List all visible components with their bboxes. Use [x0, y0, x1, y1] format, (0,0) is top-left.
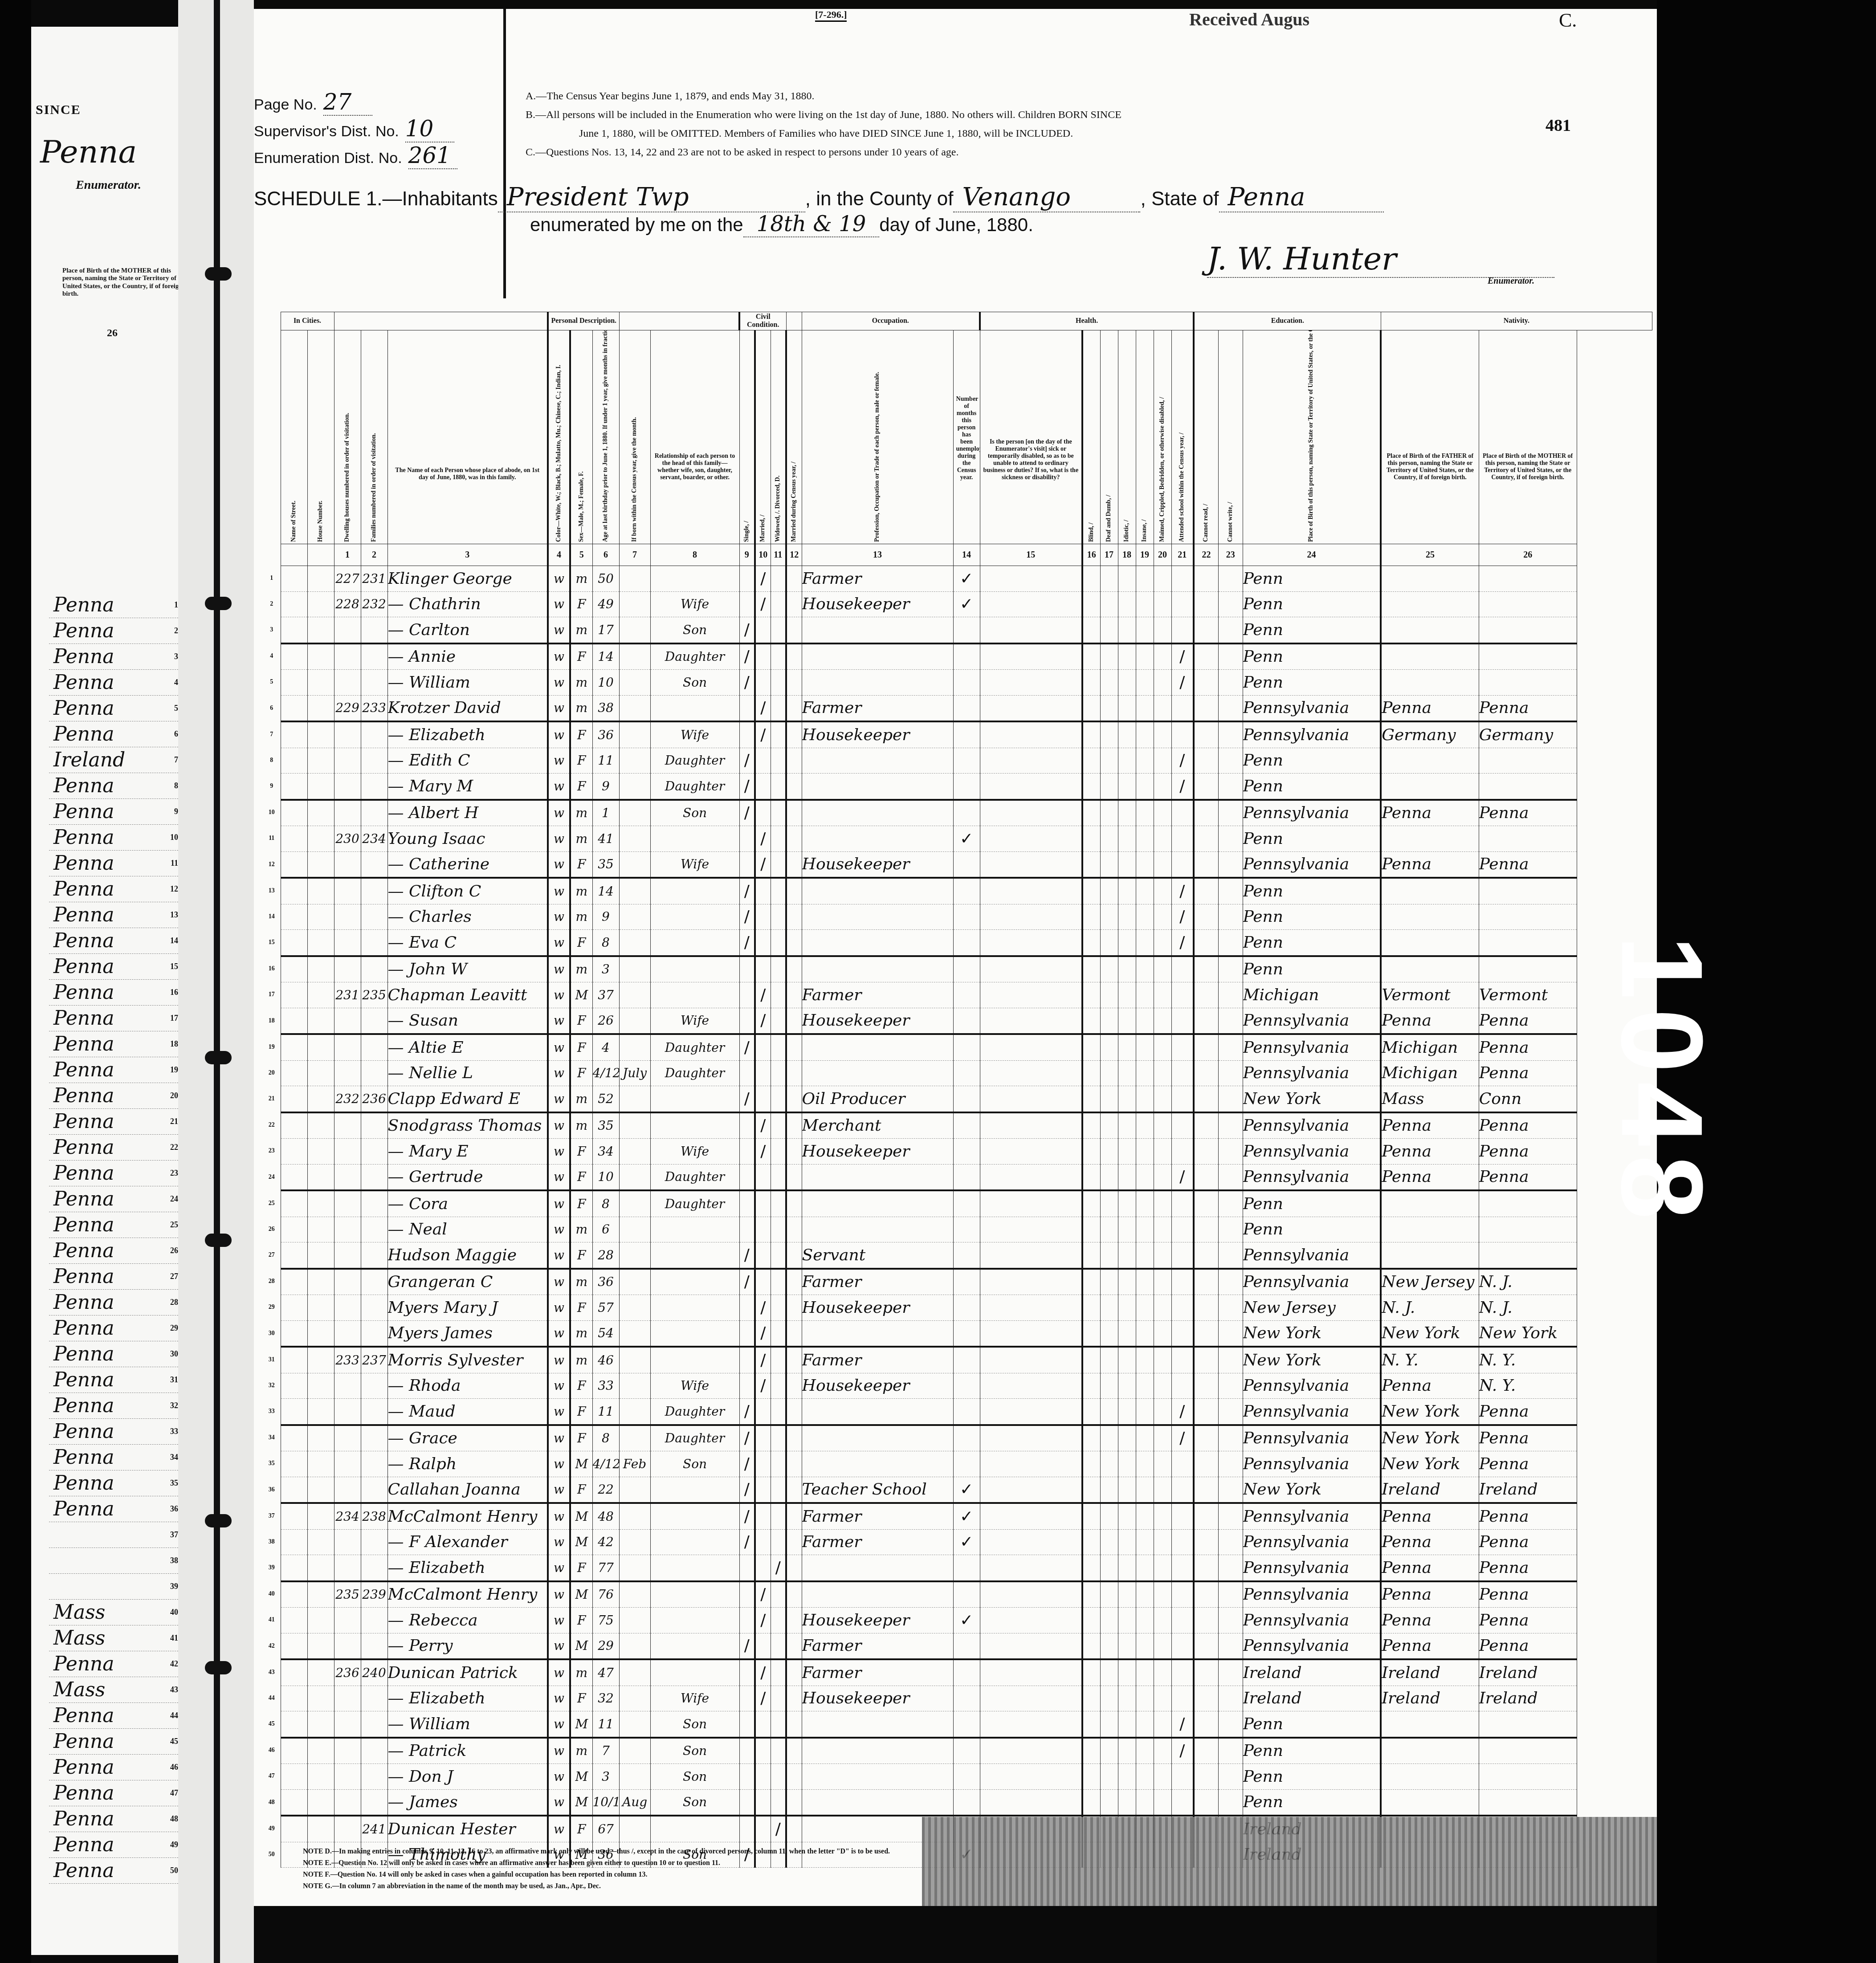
cell-empty: [307, 1503, 334, 1529]
cell-family: [361, 930, 387, 956]
cell-birthplace: Penn: [1243, 643, 1381, 670]
cell-empty: [1118, 695, 1136, 721]
cell-empty: [1082, 1477, 1100, 1503]
cell-father-birth: Ireland: [1381, 1659, 1479, 1686]
cell-month: [619, 1190, 650, 1217]
cell-age: 46: [592, 1347, 619, 1373]
cell-empty: [1136, 1190, 1154, 1217]
prev-mother-birthplace: Penna: [49, 1420, 160, 1443]
cell-empty: [307, 1373, 334, 1399]
cell-cannot-write: [1218, 1008, 1243, 1034]
cell-color: w: [548, 851, 570, 878]
cell-line: 28: [263, 1269, 281, 1295]
cell-empty: [1100, 1164, 1118, 1190]
prev-mother-birthplace: Penna: [49, 1110, 160, 1133]
note-f: NOTE F.—Question No. 14 will only be ask…: [303, 1869, 890, 1881]
cell-single: /: [739, 1503, 755, 1529]
cell-empty: [786, 1503, 802, 1529]
prev-row: Penna34: [49, 1445, 178, 1470]
cell-empty: [307, 956, 334, 982]
cell-empty: [786, 1686, 802, 1711]
prev-row: Penna10: [49, 825, 178, 851]
cell-line: 31: [263, 1347, 281, 1373]
cell-empty: [980, 1320, 1082, 1347]
cell-birthplace: Pennsylvania: [1243, 1008, 1381, 1034]
census-row: 28Grangeran Cwm36/FarmerPennsylvaniaNew …: [263, 1269, 1652, 1295]
cell-empty: [1154, 1320, 1171, 1347]
cell-month: [619, 1320, 650, 1347]
cell-empty: [281, 1764, 307, 1790]
cell-empty: [307, 826, 334, 852]
prev-row: Penna24: [49, 1186, 178, 1212]
cell-father-birth: Germany: [1381, 721, 1479, 748]
column-header-label: Maimed, Crippled, Bedridden, or otherwis…: [1159, 333, 1166, 542]
cell-empty: [1118, 1269, 1136, 1295]
cell-sex: m: [570, 566, 592, 592]
cell-cannot-write: [1218, 1295, 1243, 1321]
cell-line: 8: [263, 748, 281, 774]
column-header-label: Cannot write, /: [1227, 333, 1234, 542]
cell-father-birth: Penna: [1381, 1373, 1479, 1399]
cell-sex: m: [570, 1738, 592, 1764]
cell-cannot-read: [1194, 670, 1218, 696]
census-row: 16— John Wwm3Penn: [263, 956, 1652, 982]
cell-name: — Don J: [387, 1764, 548, 1790]
cell-sex: m: [570, 617, 592, 643]
cell-unemployed: [953, 1320, 980, 1347]
cell-empty: [307, 1738, 334, 1764]
cell-empty: [1154, 1477, 1171, 1503]
cell-family: [361, 1399, 387, 1425]
cell-empty: [786, 1217, 802, 1242]
cell-cannot-write: [1218, 1477, 1243, 1503]
cell-unemployed: [953, 1269, 980, 1295]
cell-empty: [786, 1633, 802, 1659]
cell-empty: [281, 566, 307, 592]
cell-empty: [281, 1295, 307, 1321]
cell-empty: [281, 1242, 307, 1269]
prev-row: Penna5: [49, 696, 178, 721]
cell-empty: [1118, 930, 1136, 956]
cell-color: w: [548, 695, 570, 721]
cell-school: /: [1171, 643, 1194, 670]
cell-occupation: [802, 1451, 953, 1477]
cell-family: [361, 1633, 387, 1659]
column-header-21: Attended school within the Census year, …: [1171, 330, 1194, 544]
cell-single: [739, 695, 755, 721]
cell-empty: [281, 1112, 307, 1139]
cell-dwelling: [334, 1608, 361, 1633]
cell-empty: [980, 721, 1082, 748]
cell-mother-birth: Penna: [1479, 1164, 1577, 1190]
cell-empty: [980, 748, 1082, 774]
cell-family: 232: [361, 591, 387, 617]
prev-mother-birthplace: Penna: [49, 1653, 160, 1675]
cell-family: [361, 1425, 387, 1451]
cell-empty: [1100, 1112, 1118, 1139]
cell-empty: [281, 1164, 307, 1190]
cell-widowed: [771, 670, 786, 696]
cell-widowed: [771, 774, 786, 800]
cell-month: [619, 851, 650, 878]
cell-color: w: [548, 1816, 570, 1842]
cell-line: 49: [263, 1816, 281, 1842]
cell-father-birth: [1381, 904, 1479, 930]
prev-mother-birthplace: Penna: [49, 1446, 160, 1469]
cell-unemployed: ✓: [953, 1477, 980, 1503]
column-number: 21: [1171, 544, 1194, 566]
cell-unemployed: [953, 721, 980, 748]
cell-empty: [786, 774, 802, 800]
cell-single: [739, 1659, 755, 1686]
cell-empty: [1136, 1608, 1154, 1633]
prev-mother-birthplace: Penna: [49, 955, 160, 978]
cell-dwelling: [334, 721, 361, 748]
cell-empty: [786, 643, 802, 670]
prev-row: Penna28: [49, 1290, 178, 1315]
cell-occupation: Housekeeper: [802, 1008, 953, 1034]
cell-mother-birth: [1479, 748, 1577, 774]
cell-cannot-read: [1194, 566, 1218, 592]
cell-empty: [1136, 956, 1154, 982]
cell-month: [619, 1686, 650, 1711]
column-number: 3: [387, 544, 548, 566]
cell-empty: [1082, 1373, 1100, 1399]
cell-sex: F: [570, 1816, 592, 1842]
cell-empty: [281, 1269, 307, 1295]
cell-empty: [1118, 1686, 1136, 1711]
cell-month: [619, 1217, 650, 1242]
prev-line-number: 26: [160, 1246, 178, 1255]
cell-married: /: [755, 851, 771, 878]
cell-family: 239: [361, 1581, 387, 1608]
cell-school: [1171, 1269, 1194, 1295]
cell-empty: [1082, 1738, 1100, 1764]
prev-mother-birthplaces: Penna1Penna2Penna3Penna4Penna5Penna6Irel…: [49, 592, 178, 1884]
cell-father-birth: Penna: [1381, 1008, 1479, 1034]
prev-mother-birthplace: Penna: [49, 671, 160, 694]
column-number: 7: [619, 544, 650, 566]
cell-empty: [786, 1477, 802, 1503]
prev-mother-birthplace: Penna: [49, 723, 160, 745]
cell-empty: [980, 1529, 1082, 1555]
cell-school: [1171, 1295, 1194, 1321]
column-header-label: Married, /: [759, 333, 767, 542]
cell-month: [619, 1373, 650, 1399]
cell-sex: m: [570, 826, 592, 852]
cell-father-birth: New York: [1381, 1399, 1479, 1425]
column-headers: Name of Street.House Number.Dwelling hou…: [263, 330, 1652, 544]
binding-ring-icon: [205, 1514, 232, 1527]
prev-mother-birthplace: Mass: [49, 1601, 160, 1624]
cell-empty: [281, 1503, 307, 1529]
cell-mother-birth: N. J.: [1479, 1295, 1577, 1321]
cell-color: w: [548, 878, 570, 904]
cell-name: — Ralph: [387, 1451, 548, 1477]
instruction-c: C.—Questions Nos. 13, 14, 22 and 23 are …: [526, 143, 1550, 162]
cell-father-birth: Penna: [1381, 1581, 1479, 1608]
prev-line-number: 9: [160, 807, 178, 816]
cell-single: [739, 591, 755, 617]
cell-empty: [1136, 1008, 1154, 1034]
cell-cannot-read: [1194, 1086, 1218, 1112]
cell-birthplace: Pennsylvania: [1243, 1060, 1381, 1086]
cell-relation: [650, 878, 739, 904]
cell-empty: [786, 1242, 802, 1269]
cell-line: 44: [263, 1686, 281, 1711]
cell-cannot-write: [1218, 1633, 1243, 1659]
column-header-x0: Name of Street.: [281, 330, 307, 544]
cell-relation: [650, 1816, 739, 1842]
cell-single: [739, 956, 755, 982]
column-header-7: If born within the Census year, give the…: [619, 330, 650, 544]
cell-color: w: [548, 1112, 570, 1139]
cell-married: [755, 1242, 771, 1269]
cell-line: 14: [263, 904, 281, 930]
prev-row: Penna30: [49, 1341, 178, 1367]
cell-married: [755, 1503, 771, 1529]
prev-row: Penna32: [49, 1393, 178, 1419]
cell-empty: [786, 1555, 802, 1581]
cell-empty: [1100, 1217, 1118, 1242]
cell-age: 36: [592, 721, 619, 748]
cell-empty: [786, 591, 802, 617]
cell-relation: Son: [650, 1451, 739, 1477]
census-row: 36Callahan JoannawF22/Teacher School✓New…: [263, 1477, 1652, 1503]
cell-birthplace: Penn: [1243, 748, 1381, 774]
cell-widowed: [771, 878, 786, 904]
cell-school: [1171, 1503, 1194, 1529]
cell-empty: [281, 1477, 307, 1503]
cell-empty: [980, 800, 1082, 826]
cell-unemployed: [953, 1242, 980, 1269]
cell-age: 42: [592, 1529, 619, 1555]
census-row: 45— WilliamwM11Son/Penn: [263, 1711, 1652, 1738]
prev-line-number: 20: [160, 1091, 178, 1100]
cell-cannot-read: [1194, 956, 1218, 982]
cell-empty: [1154, 670, 1171, 696]
cell-line: 37: [263, 1503, 281, 1529]
cell-married: [755, 748, 771, 774]
cell-family: [361, 1738, 387, 1764]
cell-widowed: [771, 1320, 786, 1347]
cell-dwelling: [334, 1060, 361, 1086]
cell-father-birth: New York: [1381, 1425, 1479, 1451]
cell-empty: [1118, 1347, 1136, 1373]
prev-row: Penna35: [49, 1470, 178, 1496]
census-row: 21232236Clapp Edward Ewm52/Oil ProducerN…: [263, 1086, 1652, 1112]
column-number: 10: [755, 544, 771, 566]
cell-line: 16: [263, 956, 281, 982]
cell-unemployed: [953, 1738, 980, 1764]
cell-empty: [1082, 1633, 1100, 1659]
prev-row: Penna15: [49, 954, 178, 980]
cell-cannot-read: [1194, 1608, 1218, 1633]
cell-mother-birth: [1479, 1789, 1577, 1816]
cell-sex: F: [570, 774, 592, 800]
cell-month: [619, 1581, 650, 1608]
cell-empty: [980, 1425, 1082, 1451]
cell-father-birth: [1381, 878, 1479, 904]
cell-relation: Daughter: [650, 748, 739, 774]
cell-widowed: [771, 617, 786, 643]
cell-birthplace: Pennsylvania: [1243, 1451, 1381, 1477]
cell-empty: [281, 1060, 307, 1086]
cell-empty: [1136, 1425, 1154, 1451]
column-header-label: Single, /: [743, 333, 750, 542]
cell-sex: F: [570, 591, 592, 617]
cell-age: 41: [592, 826, 619, 852]
prev-row: 38: [49, 1548, 178, 1574]
prev-mother-birthplace: Penna: [49, 1756, 160, 1779]
cell-occupation: [802, 1164, 953, 1190]
prev-line-number: 45: [160, 1737, 178, 1746]
cell-single: /: [739, 670, 755, 696]
cell-empty: [1100, 774, 1118, 800]
cell-color: w: [548, 1269, 570, 1295]
cell-empty: [281, 1347, 307, 1373]
cell-empty: [281, 1659, 307, 1686]
cell-married: [755, 1764, 771, 1790]
cell-age: 50: [592, 566, 619, 592]
cell-mother-birth: [1479, 643, 1577, 670]
cell-empty: [786, 1086, 802, 1112]
column-numbers: 1234567891011121314151617181920212223242…: [263, 544, 1652, 566]
cell-name: — Elizabeth: [387, 721, 548, 748]
cell-occupation: Farmer: [802, 566, 953, 592]
cell-widowed: [771, 643, 786, 670]
cell-cannot-write: [1218, 1217, 1243, 1242]
cell-occupation: [802, 1399, 953, 1425]
cell-empty: [1100, 1477, 1118, 1503]
cell-cannot-read: [1194, 1633, 1218, 1659]
cell-empty: [980, 1738, 1082, 1764]
cell-empty: [307, 1581, 334, 1608]
cell-father-birth: Penna: [1381, 1139, 1479, 1165]
prev-row: Penna27: [49, 1264, 178, 1290]
column-header-x1: House Number.: [307, 330, 334, 544]
cell-relation: [650, 956, 739, 982]
page-no-label: Page No.: [254, 96, 317, 114]
cell-single: [739, 1581, 755, 1608]
cell-age: 14: [592, 878, 619, 904]
prev-line-number: 37: [160, 1530, 178, 1539]
cell-empty: [1082, 695, 1100, 721]
cell-empty: [1136, 878, 1154, 904]
cell-family: [361, 1373, 387, 1399]
cell-empty: [786, 1269, 802, 1295]
cell-empty: [307, 1190, 334, 1217]
column-number: 16: [1082, 544, 1100, 566]
cell-mother-birth: [1479, 1217, 1577, 1242]
cell-family: 233: [361, 695, 387, 721]
state-label: , State of: [1140, 188, 1219, 210]
prev-row: Ireland7: [49, 747, 178, 773]
cell-relation: Son: [650, 617, 739, 643]
census-row: 27Hudson MaggiewF28/ServantPennsylvania: [263, 1242, 1652, 1269]
cell-birthplace: Pennsylvania: [1243, 1529, 1381, 1555]
cell-married: /: [755, 591, 771, 617]
column-header-11: Widowed, /. Divorced, D.: [771, 330, 786, 544]
cell-unemployed: [953, 748, 980, 774]
cell-empty: [1154, 1295, 1171, 1321]
cell-line: 32: [263, 1373, 281, 1399]
cell-occupation: [802, 956, 953, 982]
cell-father-birth: [1381, 774, 1479, 800]
cell-widowed: [771, 1086, 786, 1112]
prev-mother-birthplace: Penna: [49, 1214, 160, 1236]
cell-birthplace: Pennsylvania: [1243, 1503, 1381, 1529]
cell-empty: [1154, 930, 1171, 956]
group-nativity: Nativity.: [1381, 312, 1652, 330]
cell-empty: [1154, 826, 1171, 852]
cell-empty: [1082, 851, 1100, 878]
cell-single: [739, 1555, 755, 1581]
cell-empty: [1082, 956, 1100, 982]
census-row: 43236240Dunican Patrickwm47/FarmerIrelan…: [263, 1659, 1652, 1686]
prev-mother-birthplace: Penna: [49, 1730, 160, 1753]
cell-empty: [980, 878, 1082, 904]
column-header-label: Sex—Male, M.; Female, F.: [578, 333, 585, 542]
cell-school: /: [1171, 748, 1194, 774]
cell-dwelling: [334, 1217, 361, 1242]
prev-mother-birthplace: Penna: [49, 826, 160, 849]
column-header-label: Attended school within the Census year, …: [1179, 333, 1186, 542]
cell-birthplace: Michigan: [1243, 982, 1381, 1008]
instruction-b2: June 1, 1880, will be OMITTED. Members o…: [526, 124, 1550, 143]
corner-letter: C.: [1559, 9, 1577, 32]
cell-family: [361, 904, 387, 930]
column-header-25: Place of Birth of the FATHER of this per…: [1381, 330, 1479, 544]
column-number: 20: [1154, 544, 1171, 566]
cell-empty: [281, 904, 307, 930]
supervisor-dist-value: 10: [405, 116, 454, 143]
cell-name: Krotzer David: [387, 695, 548, 721]
cell-cannot-write: [1218, 1034, 1243, 1060]
cell-empty: [980, 1789, 1082, 1816]
cell-empty: [1082, 1320, 1100, 1347]
binding-ring-icon: [205, 597, 232, 610]
cell-dwelling: 231: [334, 982, 361, 1008]
prev-row: Penna16: [49, 980, 178, 1006]
cell-empty: [307, 1242, 334, 1269]
cell-married: /: [755, 695, 771, 721]
cell-color: w: [548, 617, 570, 643]
cell-widowed: [771, 1295, 786, 1321]
cell-father-birth: Penna: [1381, 1608, 1479, 1633]
cell-empty: [1100, 1373, 1118, 1399]
cell-relation: Son: [650, 1789, 739, 1816]
cell-color: w: [548, 1738, 570, 1764]
cell-empty: [786, 1320, 802, 1347]
prev-line-number: 17: [160, 1014, 178, 1023]
cell-father-birth: Ireland: [1381, 1686, 1479, 1711]
prev-row: 39: [49, 1574, 178, 1600]
prev-row: Penna50: [49, 1858, 178, 1884]
cell-widowed: [771, 1789, 786, 1816]
prev-since-text: SINCE: [36, 102, 81, 118]
cell-cannot-read: [1194, 1477, 1218, 1503]
prev-row: Penna11: [49, 851, 178, 876]
cell-single: /: [739, 800, 755, 826]
cell-birthplace: Penn: [1243, 956, 1381, 982]
cell-married: [755, 930, 771, 956]
column-number: 5: [570, 544, 592, 566]
cell-cannot-read: [1194, 748, 1218, 774]
cell-empty: [307, 1711, 334, 1738]
cell-empty: [1082, 643, 1100, 670]
cell-empty: [980, 1242, 1082, 1269]
